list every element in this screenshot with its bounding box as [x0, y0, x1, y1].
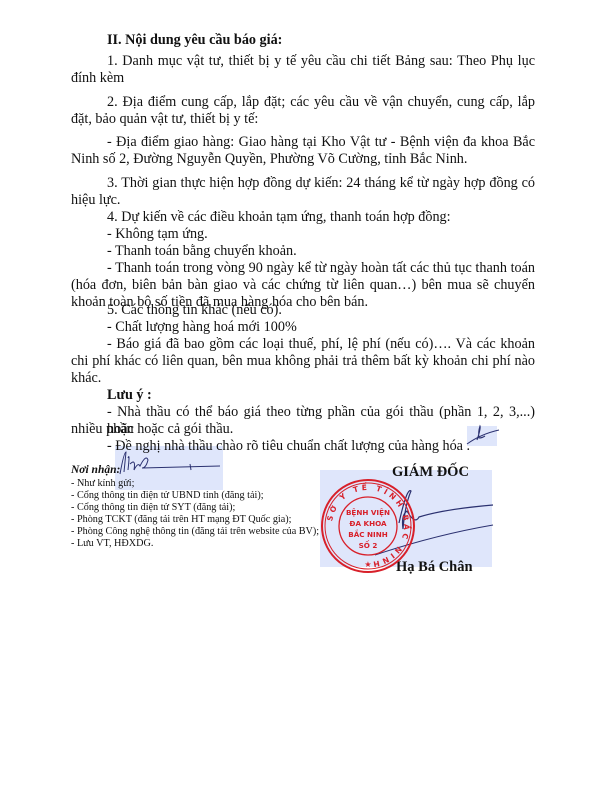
item2-line1: 2. Địa điểm cung cấp, lắp đặt; các yêu c… [107, 94, 535, 111]
item4-sub3-line2: (hóa đơn, biên bản bàn giao và các chứng… [71, 277, 535, 294]
recipient-item: - Cổng thông tin điện tử UBND tỉnh (đăng… [71, 490, 264, 502]
item4-sub2: - Thanh toán bằng chuyển khoản. [107, 243, 571, 260]
note-title: Lưu ý : [107, 387, 571, 404]
svg-text:BỆNH VIỆN: BỆNH VIỆN [346, 508, 390, 517]
svg-text:SỐ 2: SỐ 2 [359, 540, 378, 550]
item5-sub2-line3: khác. [71, 370, 535, 387]
svg-text:ĐA KHOA: ĐA KHOA [349, 519, 387, 528]
item2-sub-line2: Ninh số 2, Đường Nguyễn Quyền, Phường Võ… [71, 151, 535, 168]
item5-sub2-line2: chi phí khác có liên quan, bên mua không… [71, 353, 535, 370]
item2-sub-line1: - Địa điểm giao hàng: Giao hàng tại Kho … [107, 134, 535, 151]
item2-line2: đặt, bảo quản vật tư, thiết bị y tế: [71, 111, 535, 128]
item4-sub3-line1: - Thanh toán trong vòng 90 ngày kể từ ng… [107, 260, 535, 277]
item4-title: 4. Dự kiến về các điều khoản tạm ứng, th… [107, 209, 571, 226]
recipient-item: - Như kính gửi; [71, 478, 134, 490]
item1-line1: 1. Danh mục vật tư, thiết bị y tế yêu cầ… [107, 53, 535, 70]
item5-sub2-line1: - Báo giá đã bao gồm các loại thuế, phí,… [107, 336, 535, 353]
item1-line2: đính kèm [71, 70, 535, 87]
recipients-title: Nơi nhận: [71, 464, 120, 476]
item3-line1: 3. Thời gian thực hiện hợp đồng dự kiến:… [107, 175, 535, 192]
recipient-item: - Lưu VT, HĐXDG. [71, 538, 153, 550]
item5-sub1: - Chất lượng hàng hoá mới 100% [107, 319, 571, 336]
document-page: II. Nội dung yêu cầu báo giá: 1. Danh mụ… [0, 0, 594, 799]
recipient-item: - Phòng TCKT (đăng tải trên HT mạng ĐT Q… [71, 514, 292, 526]
item3-line2: hiệu lực. [71, 192, 535, 209]
svg-text:BẮC NINH: BẮC NINH [348, 529, 388, 539]
recipient-item: - Cổng thông tin điện tử SYT (đăng tải); [71, 502, 235, 514]
initials-signature-icon [116, 448, 226, 478]
item4-sub1: - Không tạm ứng. [107, 226, 571, 243]
section-heading: II. Nội dung yêu cầu báo giá: [107, 32, 571, 49]
item5-title: 5. Các thông tin khác (nếu có). [107, 302, 571, 319]
official-stamp-icon: SỞ Y TẾ TỈNH BẮC NINH BỆNH VIỆN ĐA KHOA … [320, 478, 416, 574]
recipient-item: - Phòng Công nghệ thông tin (đăng tải tr… [71, 526, 319, 538]
svg-text:★: ★ [364, 560, 371, 569]
initial-signature-icon [465, 424, 505, 448]
